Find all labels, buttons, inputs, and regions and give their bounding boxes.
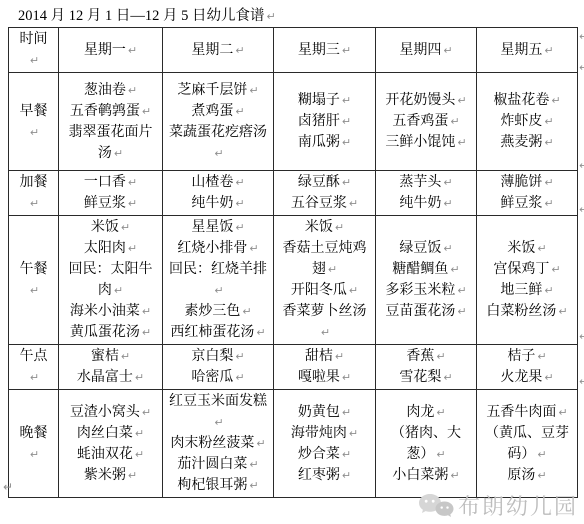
menu-cell: 甜桔嘎啦果 <box>274 345 376 390</box>
menu-item: 五香鸡蛋 <box>382 111 470 132</box>
menu-item: 燕麦粥 <box>483 132 571 153</box>
menu-cell: 米饭香菇土豆炖鸡翅开阳冬瓜香菜萝卜丝汤 <box>274 216 376 345</box>
menu-item: 回民：太阳牛肉 <box>65 259 156 301</box>
menu-item: 红豆玉米面发糕 <box>169 391 267 433</box>
row-label: 早餐 <box>15 101 52 143</box>
menu-item: 豆渣小窝头 <box>65 402 156 423</box>
menu-item: 宫保鸡丁 <box>483 259 571 280</box>
menu-item: 紫米粥 <box>65 465 156 486</box>
menu-item: 桔子 <box>483 346 571 367</box>
menu-cell: 肉龙（猪肉、大葱）小白菜粥 <box>376 390 477 498</box>
menu-item: 火龙果 <box>483 367 571 388</box>
menu-cell: 米饭宫保鸡丁地三鲜白菜粉丝汤 <box>477 216 578 345</box>
menu-item: 翡翠蛋花面片汤 <box>65 122 156 164</box>
brand-watermark: 布朗幼儿园 <box>418 490 578 521</box>
header-label: 星期四 <box>382 40 470 61</box>
row-end-paragraph-mark: ↵ <box>579 159 584 172</box>
row-label-cell: 午餐 <box>9 216 59 345</box>
row-end-paragraph-mark: ↵ <box>579 61 584 74</box>
menu-item: 米饭 <box>280 217 369 238</box>
row-end-paragraph-mark: ↵ <box>579 330 584 343</box>
menu-item: （黄瓜、豆芽码） <box>483 423 571 465</box>
menu-cell: 葱油卷五香鹌鹑蛋翡翠蛋花面片汤 <box>59 73 163 171</box>
menu-item: 卤猪肝 <box>280 111 369 132</box>
menu-cell: 薄脆饼鲜豆浆 <box>477 171 578 216</box>
menu-item: 西红柿蛋花汤 <box>169 322 267 343</box>
menu-item: 红烧小排骨 <box>169 238 267 259</box>
menu-cell: 奶黄包海带炖肉炒合菜红枣粥 <box>274 390 376 498</box>
menu-item: 鲜豆浆 <box>65 193 156 214</box>
menu-item: 枸杞银耳粥 <box>169 475 267 496</box>
paragraph-mark: ↵ <box>3 480 13 494</box>
menu-cell: 开花奶馒头五香鸡蛋三鲜小馄饨 <box>376 73 477 171</box>
menu-item: 白菜粉丝汤 <box>483 301 571 322</box>
header-row: 时间星期一星期二星期三星期四星期五 <box>9 28 578 73</box>
menu-item: 纯牛奶 <box>382 193 470 214</box>
menu-item: 地三鲜 <box>483 280 571 301</box>
menu-item: 京白梨 <box>169 346 267 367</box>
header-label: 星期二 <box>169 40 267 61</box>
menu-item: 开花奶馒头 <box>382 90 470 111</box>
menu-item: 蒸芋头 <box>382 172 470 193</box>
menu-item: 炸虾皮 <box>483 111 571 132</box>
menu-item: 南瓜粥 <box>280 132 369 153</box>
header-label: 星期一 <box>65 40 156 61</box>
menu-item: 五香鹌鹑蛋 <box>65 101 156 122</box>
menu-item: 炒合菜 <box>280 444 369 465</box>
menu-cell: 蜜桔水晶富士 <box>59 345 163 390</box>
menu-cell: 京白梨哈密瓜 <box>163 345 274 390</box>
menu-cell: 五香牛肉面（黄瓜、豆芽码）原汤 <box>477 390 578 498</box>
row-label: 晚餐 <box>15 423 52 465</box>
menu-cell: 椒盐花卷炸虾皮燕麦粥 <box>477 73 578 171</box>
menu-item: 五谷豆浆 <box>280 193 369 214</box>
menu-cell: 红豆玉米面发糕肉末粉丝菠菜茄汁圆白菜枸杞银耳粥 <box>163 390 274 498</box>
table-row-早餐: 早餐葱油卷五香鹌鹑蛋翡翠蛋花面片汤芝麻千层饼煮鸡蛋菜蔬蛋花疙瘩汤糊塌子卤猪肝南瓜… <box>9 73 578 171</box>
menu-item: 菜蔬蛋花疙瘩汤 <box>169 122 267 164</box>
table-row-午点: 午点蜜桔水晶富士京白梨哈密瓜甜桔嘎啦果香蕉雪花梨桔子火龙果 <box>9 345 578 390</box>
header-cell-2: 星期二 <box>163 28 274 73</box>
page-title: 2014 月 12 月 1 日—12 月 5 日幼儿食谱 <box>18 4 276 25</box>
menu-item: 山楂卷 <box>169 172 267 193</box>
menu-item: 三鲜小馄饨 <box>382 132 470 153</box>
menu-item: 甜桔 <box>280 346 369 367</box>
menu-item: 多彩玉米粒 <box>382 280 470 301</box>
menu-item: 肉龙 <box>382 402 470 423</box>
menu-item: 黄瓜蛋花汤 <box>65 322 156 343</box>
menu-table-body: 早餐葱油卷五香鹌鹑蛋翡翠蛋花面片汤芝麻千层饼煮鸡蛋菜蔬蛋花疙瘩汤糊塌子卤猪肝南瓜… <box>9 73 578 498</box>
menu-item: 糖醋鲷鱼 <box>382 259 470 280</box>
menu-item: 开阳冬瓜 <box>280 280 369 301</box>
row-label-cell: 早餐 <box>9 73 59 171</box>
menu-item: 椒盐花卷 <box>483 90 571 111</box>
menu-item: 茄汁圆白菜 <box>169 454 267 475</box>
menu-item: 哈密瓜 <box>169 367 267 388</box>
header-cell-0: 时间 <box>9 28 59 73</box>
row-end-paragraph-mark: ↵ <box>579 375 584 388</box>
menu-item: 雪花梨 <box>382 367 470 388</box>
row-end-paragraph-mark: ↵ <box>579 203 584 216</box>
menu-cell: 绿豆饭糖醋鲷鱼多彩玉米粒豆苗蛋花汤 <box>376 216 477 345</box>
menu-item: 绿豆饭 <box>382 238 470 259</box>
menu-item: 葱油卷 <box>65 80 156 101</box>
menu-item: 海带炖肉 <box>280 423 369 444</box>
row-end-paragraph-mark: ↵ <box>579 30 584 43</box>
menu-item: 回民：红烧羊排 <box>169 259 267 301</box>
row-label: 午点 <box>15 346 52 388</box>
header-cell-3: 星期三 <box>274 28 376 73</box>
table-row-午餐: 午餐米饭太阳肉回民：太阳牛肉海米小油菜黄瓜蛋花汤星星饭红烧小排骨回民：红烧羊排素… <box>9 216 578 345</box>
menu-table-header: 时间星期一星期二星期三星期四星期五 <box>9 28 578 73</box>
menu-item: 红枣粥 <box>280 465 369 486</box>
menu-item: 绿豆酥 <box>280 172 369 193</box>
header-cell-1: 星期一 <box>59 28 163 73</box>
menu-item: 纯牛奶 <box>169 193 267 214</box>
menu-item: 鲜豆浆 <box>483 193 571 214</box>
menu-cell: 糊塌子卤猪肝南瓜粥 <box>274 73 376 171</box>
header-label: 时间 <box>15 29 52 71</box>
menu-item: 肉末粉丝菠菜 <box>169 433 267 454</box>
menu-table: 时间星期一星期二星期三星期四星期五 早餐葱油卷五香鹌鹑蛋翡翠蛋花面片汤芝麻千层饼… <box>8 27 578 498</box>
menu-cell: 豆渣小窝头肉丝白菜蚝油双花紫米粥 <box>59 390 163 498</box>
table-row-加餐: 加餐一口香鲜豆浆山楂卷纯牛奶绿豆酥五谷豆浆蒸芋头纯牛奶薄脆饼鲜豆浆 <box>9 171 578 216</box>
menu-item: 原汤 <box>483 465 571 486</box>
menu-item: 香蕉 <box>382 346 470 367</box>
menu-cell: 香蕉雪花梨 <box>376 345 477 390</box>
menu-item: 香菇土豆炖鸡翅 <box>280 238 369 280</box>
menu-item: 煮鸡蛋 <box>169 101 267 122</box>
menu-item: 水晶富士 <box>65 367 156 388</box>
menu-item: 糊塌子 <box>280 90 369 111</box>
menu-item: 肉丝白菜 <box>65 423 156 444</box>
menu-cell: 蒸芋头纯牛奶 <box>376 171 477 216</box>
menu-item: 豆苗蛋花汤 <box>382 301 470 322</box>
row-label: 加餐 <box>15 172 52 214</box>
menu-item: 嘎啦果 <box>280 367 369 388</box>
menu-item: 星星饭 <box>169 217 267 238</box>
menu-item: 香菜萝卜丝汤 <box>280 301 369 343</box>
row-label-cell: 午点 <box>9 345 59 390</box>
header-label: 星期五 <box>483 40 571 61</box>
menu-cell: 一口香鲜豆浆 <box>59 171 163 216</box>
menu-cell: 桔子火龙果 <box>477 345 578 390</box>
menu-item: 素炒三色 <box>169 301 267 322</box>
menu-item: 米饭 <box>65 217 156 238</box>
menu-item: 小白菜粥 <box>382 465 470 486</box>
menu-cell: 山楂卷纯牛奶 <box>163 171 274 216</box>
menu-cell: 星星饭红烧小排骨回民：红烧羊排素炒三色西红柿蛋花汤 <box>163 216 274 345</box>
row-label-cell: 加餐 <box>9 171 59 216</box>
chat-bubbles-logo-icon <box>418 492 454 520</box>
table-row-晚餐: 晚餐豆渣小窝头肉丝白菜蚝油双花紫米粥红豆玉米面发糕肉末粉丝菠菜茄汁圆白菜枸杞银耳… <box>9 390 578 498</box>
menu-cell: 绿豆酥五谷豆浆 <box>274 171 376 216</box>
menu-item: 奶黄包 <box>280 402 369 423</box>
menu-item: 蜜桔 <box>65 346 156 367</box>
menu-cell: 米饭太阳肉回民：太阳牛肉海米小油菜黄瓜蛋花汤 <box>59 216 163 345</box>
menu-item: 五香牛肉面 <box>483 402 571 423</box>
menu-item: 海米小油菜 <box>65 301 156 322</box>
menu-item: 太阳肉 <box>65 238 156 259</box>
header-cell-4: 星期四 <box>376 28 477 73</box>
menu-item: 一口香 <box>65 172 156 193</box>
header-label: 星期三 <box>280 40 369 61</box>
row-label-cell: 晚餐 <box>9 390 59 498</box>
menu-item: 芝麻千层饼 <box>169 80 267 101</box>
menu-item: 米饭 <box>483 238 571 259</box>
menu-item: 蚝油双花 <box>65 444 156 465</box>
menu-item: 薄脆饼 <box>483 172 571 193</box>
header-cell-5: 星期五 <box>477 28 578 73</box>
brand-name: 布朗幼儿园 <box>458 490 578 521</box>
row-label: 午餐 <box>15 259 52 301</box>
menu-item: （猪肉、大葱） <box>382 423 470 465</box>
menu-cell: 芝麻千层饼煮鸡蛋菜蔬蛋花疙瘩汤 <box>163 73 274 171</box>
